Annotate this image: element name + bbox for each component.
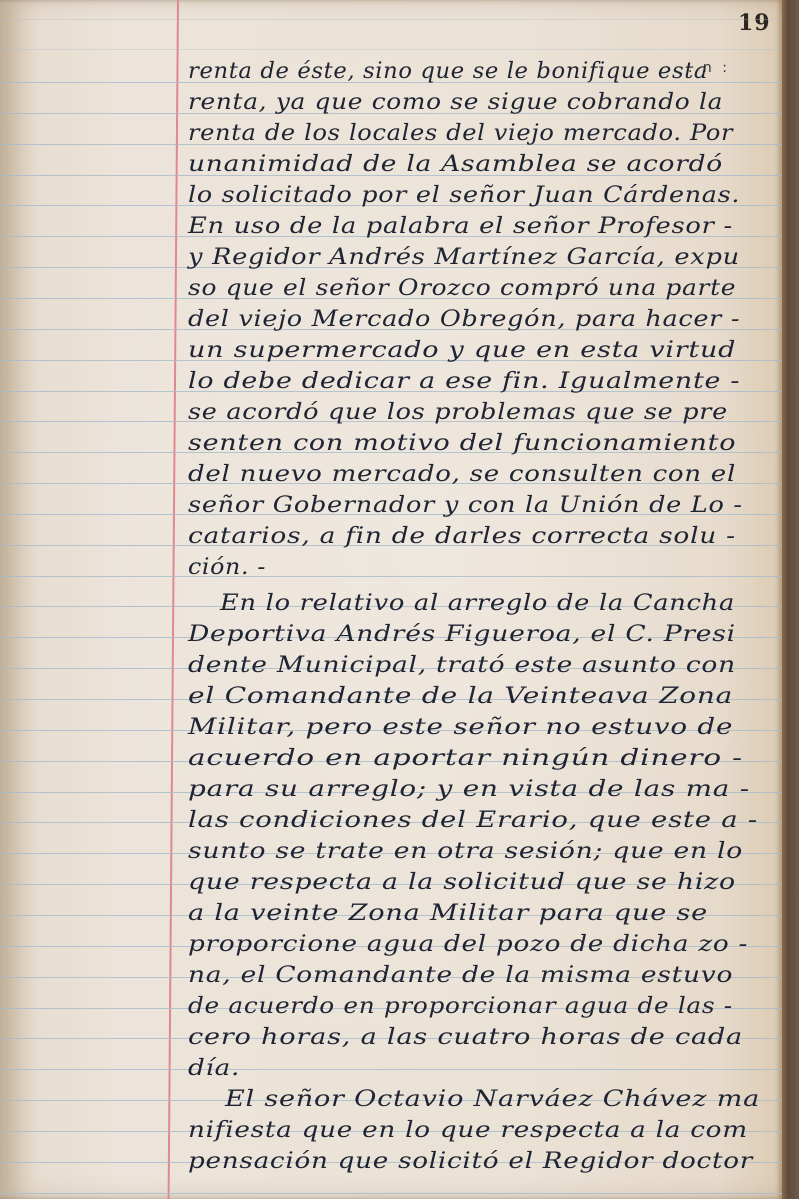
handwritten-line: del viejo Mercado Obregón, para hacer - [188,309,740,331]
handwritten-line: acuerdo en aportar ningún dinero - [188,748,743,770]
handwritten-line: las condiciones del Erario, que este a - [188,810,758,832]
handwritten-line: que respecta a la solicitud que se hizo [188,872,736,894]
red-margin-line [168,0,179,1199]
handwritten-line: y Regidor Andrés Martínez García, expu [188,247,740,269]
ruled-line [0,19,782,20]
handwritten-line: Militar, pero este señor no estuvo de [188,717,733,739]
handwritten-line: na, el Comandante de la misma estuvo [188,965,733,987]
handwritten-line: nifiesta que en lo que respecta a la com [188,1120,748,1142]
handwritten-line: de acuerdo en proporcionar agua de las - [188,996,733,1018]
handwritten-line: En uso de la palabra el señor Profesor - [188,216,733,238]
handwritten-line: dente Municipal, trató este asunto con [188,655,736,677]
handwritten-line: lo solicitado por el señor Juan Cárdenas… [188,185,740,207]
handwritten-line: renta, ya que como se sigue cobrando la [188,92,723,114]
handwritten-line: lo debe dedicar a ese fin. Igualmente - [188,371,740,393]
ruled-line [0,1193,782,1194]
book-binding-edge [782,0,799,1199]
handwritten-line: El señor Octavio Narváez Chávez ma [225,1089,760,1111]
handwritten-line: En lo relativo al arreglo de la Cancha [220,593,735,615]
handwritten-line: día. [188,1058,240,1080]
handwritten-line: so que el señor Orozco compró una parte [188,278,736,300]
ledger-page: 19 . n : renta de éste, sino que se le b… [0,0,782,1199]
handwritten-line: pensación que solicitó el Regidor doctor [188,1151,753,1173]
handwritten-line: señor Gobernador y con la Unión de Lo - [188,495,743,517]
handwritten-line: Deportiva Andrés Figueroa, el C. Presi [188,624,736,646]
handwritten-line: un supermercado y que en esta virtud [188,340,736,362]
handwritten-line: sunto se trate en otra sesión; que en lo [188,841,743,863]
handwritten-line: se acordó que los problemas que se pre [188,402,728,424]
handwritten-line: cero horas, a las cuatro horas de cada [188,1027,743,1049]
handwritten-line: unanimidad de la Asamblea se acordó [188,154,723,176]
ruled-line [0,576,782,577]
handwritten-line: catarios, a fin de darles correcta solu … [188,526,736,548]
handwritten-line: del nuevo mercado, se consulten con el [188,464,736,486]
handwritten-line: para su arreglo; y en vista de las ma - [188,779,750,801]
handwritten-line: a la veinte Zona Militar para que se [188,903,708,925]
ruled-line [0,49,782,50]
handwritten-line: el Comandante de la Veinteava Zona [188,686,733,708]
handwritten-line: renta de éste, sino que se le bonifique … [188,61,708,83]
handwritten-line: renta de los locales del viejo mercado. … [188,123,733,145]
page-number: 19 [738,10,771,36]
ruled-line [0,1069,782,1070]
handwritten-line: senten con motivo del funcionamiento [188,433,736,455]
handwritten-line: proporcione agua del pozo de dicha zo - [188,934,748,956]
handwritten-line: ción. - [188,557,266,579]
